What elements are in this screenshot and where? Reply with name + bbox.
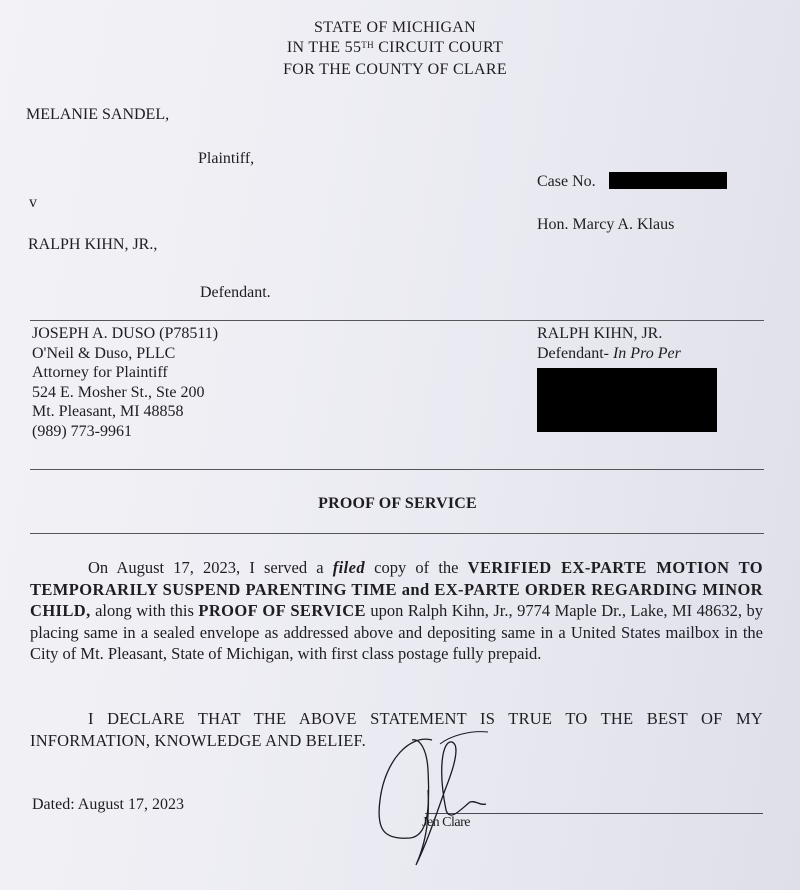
service-text-c: along with this xyxy=(91,601,199,620)
case-no-label: Case No. xyxy=(537,172,596,192)
divider-bottom xyxy=(30,533,764,534)
defendant-address-redaction xyxy=(537,368,717,432)
defendant-role-prefix: Defendant- xyxy=(537,345,613,362)
dated-line: Dated: August 17, 2023 xyxy=(32,795,184,815)
service-text-b: copy of the xyxy=(365,558,468,577)
defendant-block-role: Defendant- In Pro Per xyxy=(537,344,681,364)
court-name: IN THE 55TH CIRCUIT COURT xyxy=(0,38,790,57)
divider-top xyxy=(30,320,764,321)
court-name-ordinal: TH xyxy=(361,40,374,50)
court-state: STATE OF MICHIGAN xyxy=(0,18,790,37)
attorney-street: 524 E. Mosher St., Ste 200 xyxy=(32,383,218,403)
plaintiff-label: Plaintiff, xyxy=(198,149,254,169)
defendant-role-italic: In Pro Per xyxy=(613,345,681,362)
court-name-suffix: CIRCUIT COURT xyxy=(374,39,503,56)
attorney-role: Attorney for Plaintiff xyxy=(32,363,218,383)
defendant-block: RALPH KIHN, JR. Defendant- In Pro Per xyxy=(537,324,681,363)
defendant-name: RALPH KIHN, JR., xyxy=(28,235,157,255)
divider-middle xyxy=(30,469,764,470)
signature-scribble-icon xyxy=(370,730,570,870)
service-proof: PROOF OF SERVICE xyxy=(198,601,366,620)
court-name-prefix: IN THE 55 xyxy=(287,39,361,56)
defendant-label: Defendant. xyxy=(200,283,271,303)
judge-name: Hon. Marcy A. Klaus xyxy=(537,215,674,235)
attorney-firm: O'Neil & Duso, PLLC xyxy=(32,344,218,364)
plaintiff-name: MELANIE SANDEL, xyxy=(26,105,169,125)
defendant-block-name: RALPH KIHN, JR. xyxy=(537,324,681,344)
document-title: PROOF OF SERVICE xyxy=(0,495,795,513)
service-filed: filed xyxy=(333,558,365,577)
case-no-redaction xyxy=(609,172,727,189)
court-county: FOR THE COUNTY OF CLARE xyxy=(0,60,790,79)
service-paragraph: On August 17, 2023, I served a filed cop… xyxy=(30,557,763,665)
attorney-phone: (989) 773-9961 xyxy=(32,422,218,442)
attorney-block: JOSEPH A. DUSO (P78511) O'Neil & Duso, P… xyxy=(32,324,218,441)
attorney-name: JOSEPH A. DUSO (P78511) xyxy=(32,324,218,344)
versus: v xyxy=(29,193,37,213)
attorney-city: Mt. Pleasant, MI 48858 xyxy=(32,402,218,422)
service-text-a: On August 17, 2023, I served a xyxy=(88,558,333,577)
